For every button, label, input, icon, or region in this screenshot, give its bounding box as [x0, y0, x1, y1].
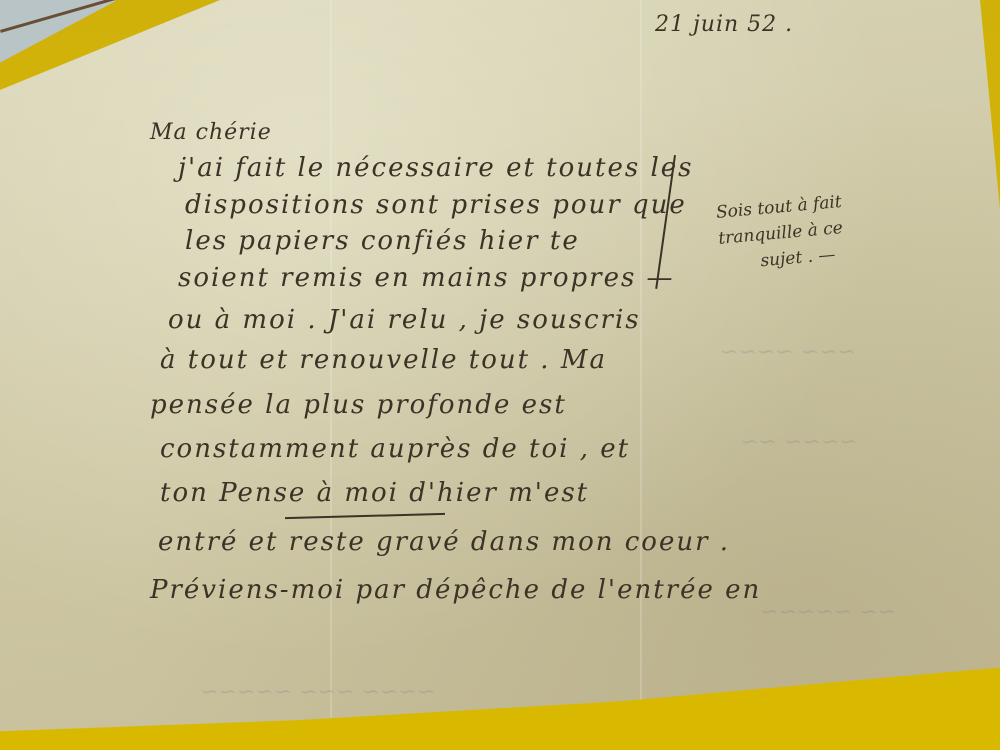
letter-sheet: ~~~ ~~~~ ~~~~ ~~ ~~ ~~~~~ ~~~~ ~~~ ~~~~~…	[0, 0, 1000, 750]
photo-scene: ~~~ ~~~~ ~~~~ ~~ ~~ ~~~~~ ~~~~ ~~~ ~~~~~…	[0, 0, 1000, 750]
letter-line: constamment auprès de toi , et	[160, 434, 630, 464]
letter-date: 21 juin 52 .	[655, 12, 793, 37]
marginal-note: Sois tout à fait tranquille à ce sujet .…	[715, 189, 847, 278]
letter-line: soient remis en mains propres —	[178, 263, 675, 293]
letter-line: dispositions sont prises pour que	[185, 190, 687, 220]
bleed-through-text: ~~~~ ~~~ ~~~~~	[200, 680, 435, 705]
bleed-through-text: ~~~ ~~~~	[720, 340, 856, 365]
underline-stroke	[285, 513, 445, 519]
letter-line: les papiers confiés hier te	[185, 226, 580, 256]
bleed-through-text: ~~ ~~~~~	[760, 600, 896, 625]
letter-salutation: Ma chérie	[150, 120, 272, 145]
letter-line: Préviens-moi par dépêche de l'entrée en	[150, 575, 761, 605]
paper-fold	[640, 0, 642, 720]
letter-line: ou à moi . J'ai relu , je souscris	[168, 305, 641, 335]
letter-line: j'ai fait le nécessaire et toutes les	[178, 153, 694, 183]
bleed-through-text: ~~~~ ~~	[740, 430, 858, 455]
letter-line: ton Pense à moi d'hier m'est	[160, 478, 589, 508]
letter-line: à tout et renouvelle tout . Ma	[160, 345, 607, 375]
letter-line: entré et reste gravé dans mon coeur .	[158, 527, 730, 557]
letter-line: pensée la plus profonde est	[150, 390, 567, 420]
